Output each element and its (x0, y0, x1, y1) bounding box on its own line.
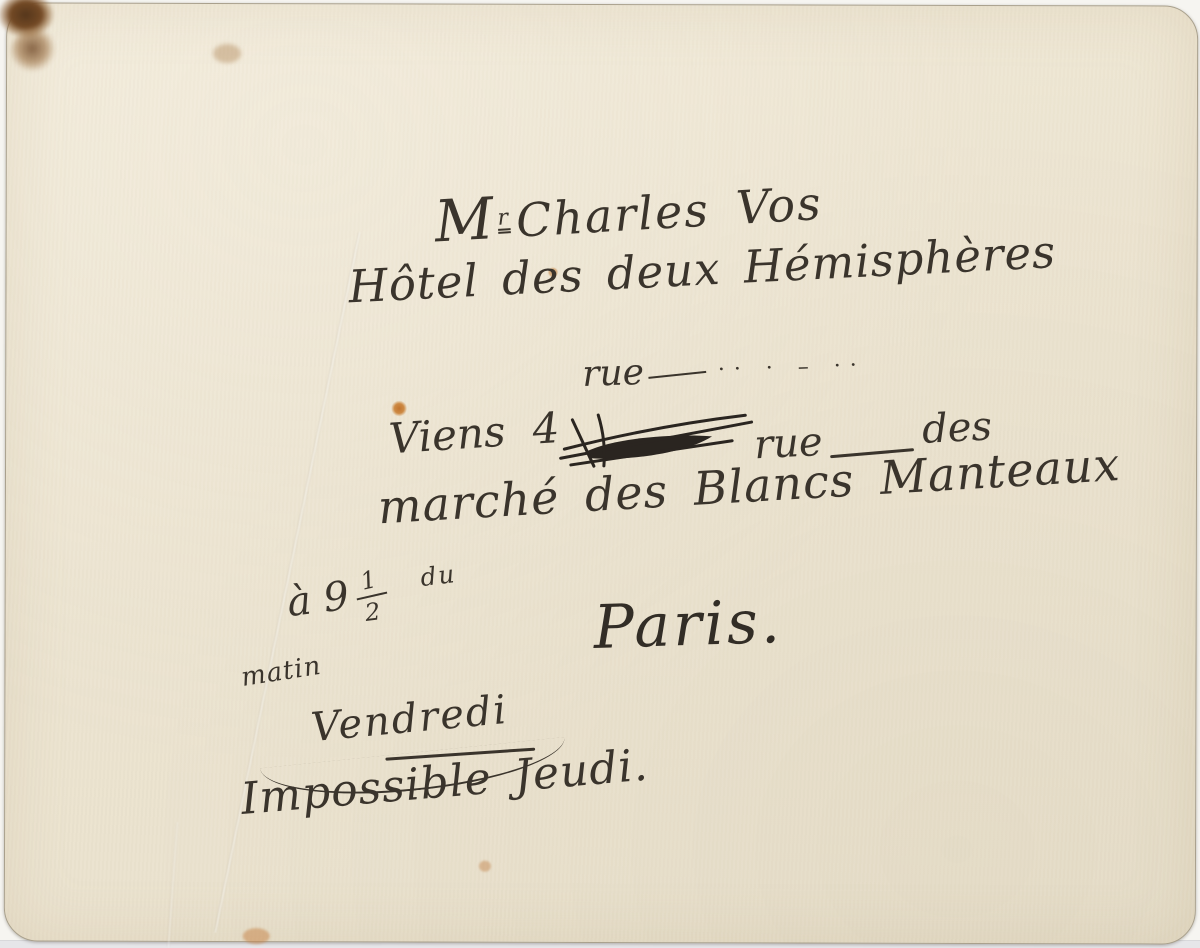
corner-stain (0, 0, 61, 44)
half-fraction: 12 (352, 567, 390, 626)
bottom-spot (479, 861, 491, 872)
recipient-name: Charles Vos (515, 176, 824, 248)
pen-flourish (648, 371, 706, 379)
fraction-denominator: 2 (355, 595, 389, 626)
note-card: MrCharles Vos Hôtel des deux Hémisphères… (4, 2, 1198, 944)
message-start: Viens 4 (388, 405, 561, 463)
qualifier-line: matin (239, 652, 323, 693)
city-line: Paris. (593, 589, 784, 661)
tan-spot (213, 44, 241, 63)
time-line: à 912du (284, 558, 461, 634)
street-line: rue·· · – ·· (582, 346, 867, 395)
time-prefix: à (285, 578, 314, 627)
corner-stain-lobe (9, 25, 67, 83)
recipient-superscript: r (497, 205, 511, 231)
street-word: rue (582, 352, 645, 395)
time-suffix: du (419, 559, 458, 592)
scanned-note: MrCharles Vos Hôtel des deux Hémisphères… (0, 0, 1200, 948)
paper-crease (166, 822, 179, 948)
day-line: Vendredi (309, 688, 510, 750)
recipient-initial: M (433, 185, 498, 255)
ellipsis-dots: ·· · – ·· (717, 353, 866, 383)
bottom-spot (243, 928, 270, 944)
time-hour: 9 (321, 573, 352, 622)
